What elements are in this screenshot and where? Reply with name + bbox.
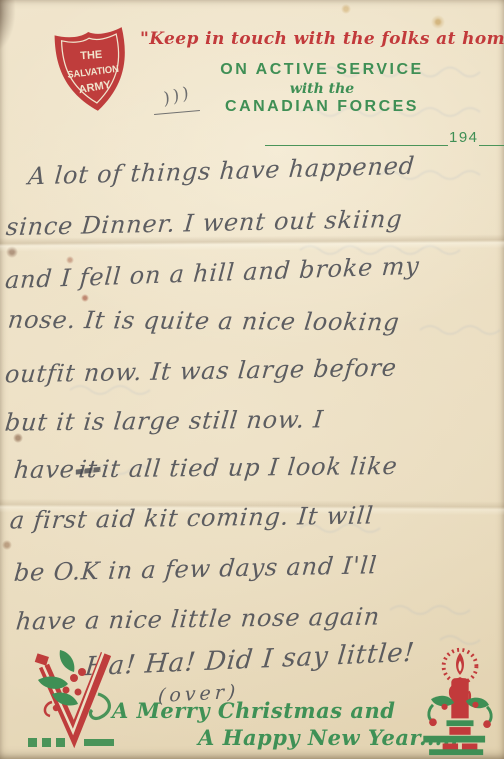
handwritten-line-5: outfit now. It was large before — [4, 354, 398, 389]
handwritten-line-2: since Dinner. I went out skiing — [5, 205, 404, 241]
handwritten-line-9: be O.K in a few days and I'll — [13, 551, 378, 587]
crossed-out-word: it — [77, 455, 99, 483]
with-the-text: with the — [140, 81, 504, 97]
shield-text-the: THE — [80, 49, 103, 63]
christmas-greeting-line1: A Merry Christmas and — [112, 698, 395, 723]
line7-suffix: it all tied up I look like — [100, 452, 399, 483]
handwritten-line-6: but it is large still now. I — [4, 405, 325, 436]
date-blank-line-short — [479, 131, 504, 146]
handwritten-line-8: a first aid kit coming. It will — [9, 501, 375, 534]
handwritten-line-4: nose. It is quite a nice looking — [6, 306, 401, 337]
year-prefix: 194 — [449, 129, 479, 146]
salvation-army-shield-logo: THE SALVATION ARMY — [48, 22, 138, 119]
paper-edge-shadow — [0, 0, 16, 52]
letter-scan: THE SALVATION ARMY "Keep in touch with t… — [0, 0, 504, 759]
date-blank-line — [265, 131, 448, 146]
letterhead-slogan: "Keep in touch with the folks at home" — [140, 29, 504, 49]
line7-prefix: have — [13, 455, 76, 484]
handwritten-line-10: have a nice little nose again — [15, 602, 382, 635]
handwritten-line-1: A lot of things have happened — [27, 152, 416, 191]
on-active-service-text: ON ACTIVE SERVICE — [140, 61, 504, 79]
canadian-forces-text: CANADIAN FORCES — [140, 98, 504, 116]
handwritten-line-3: and I fell on a hill and broke my — [4, 252, 420, 295]
christmas-candle-icon — [418, 645, 502, 757]
handwritten-line-7: haveitit all tied up I look like — [13, 452, 399, 484]
